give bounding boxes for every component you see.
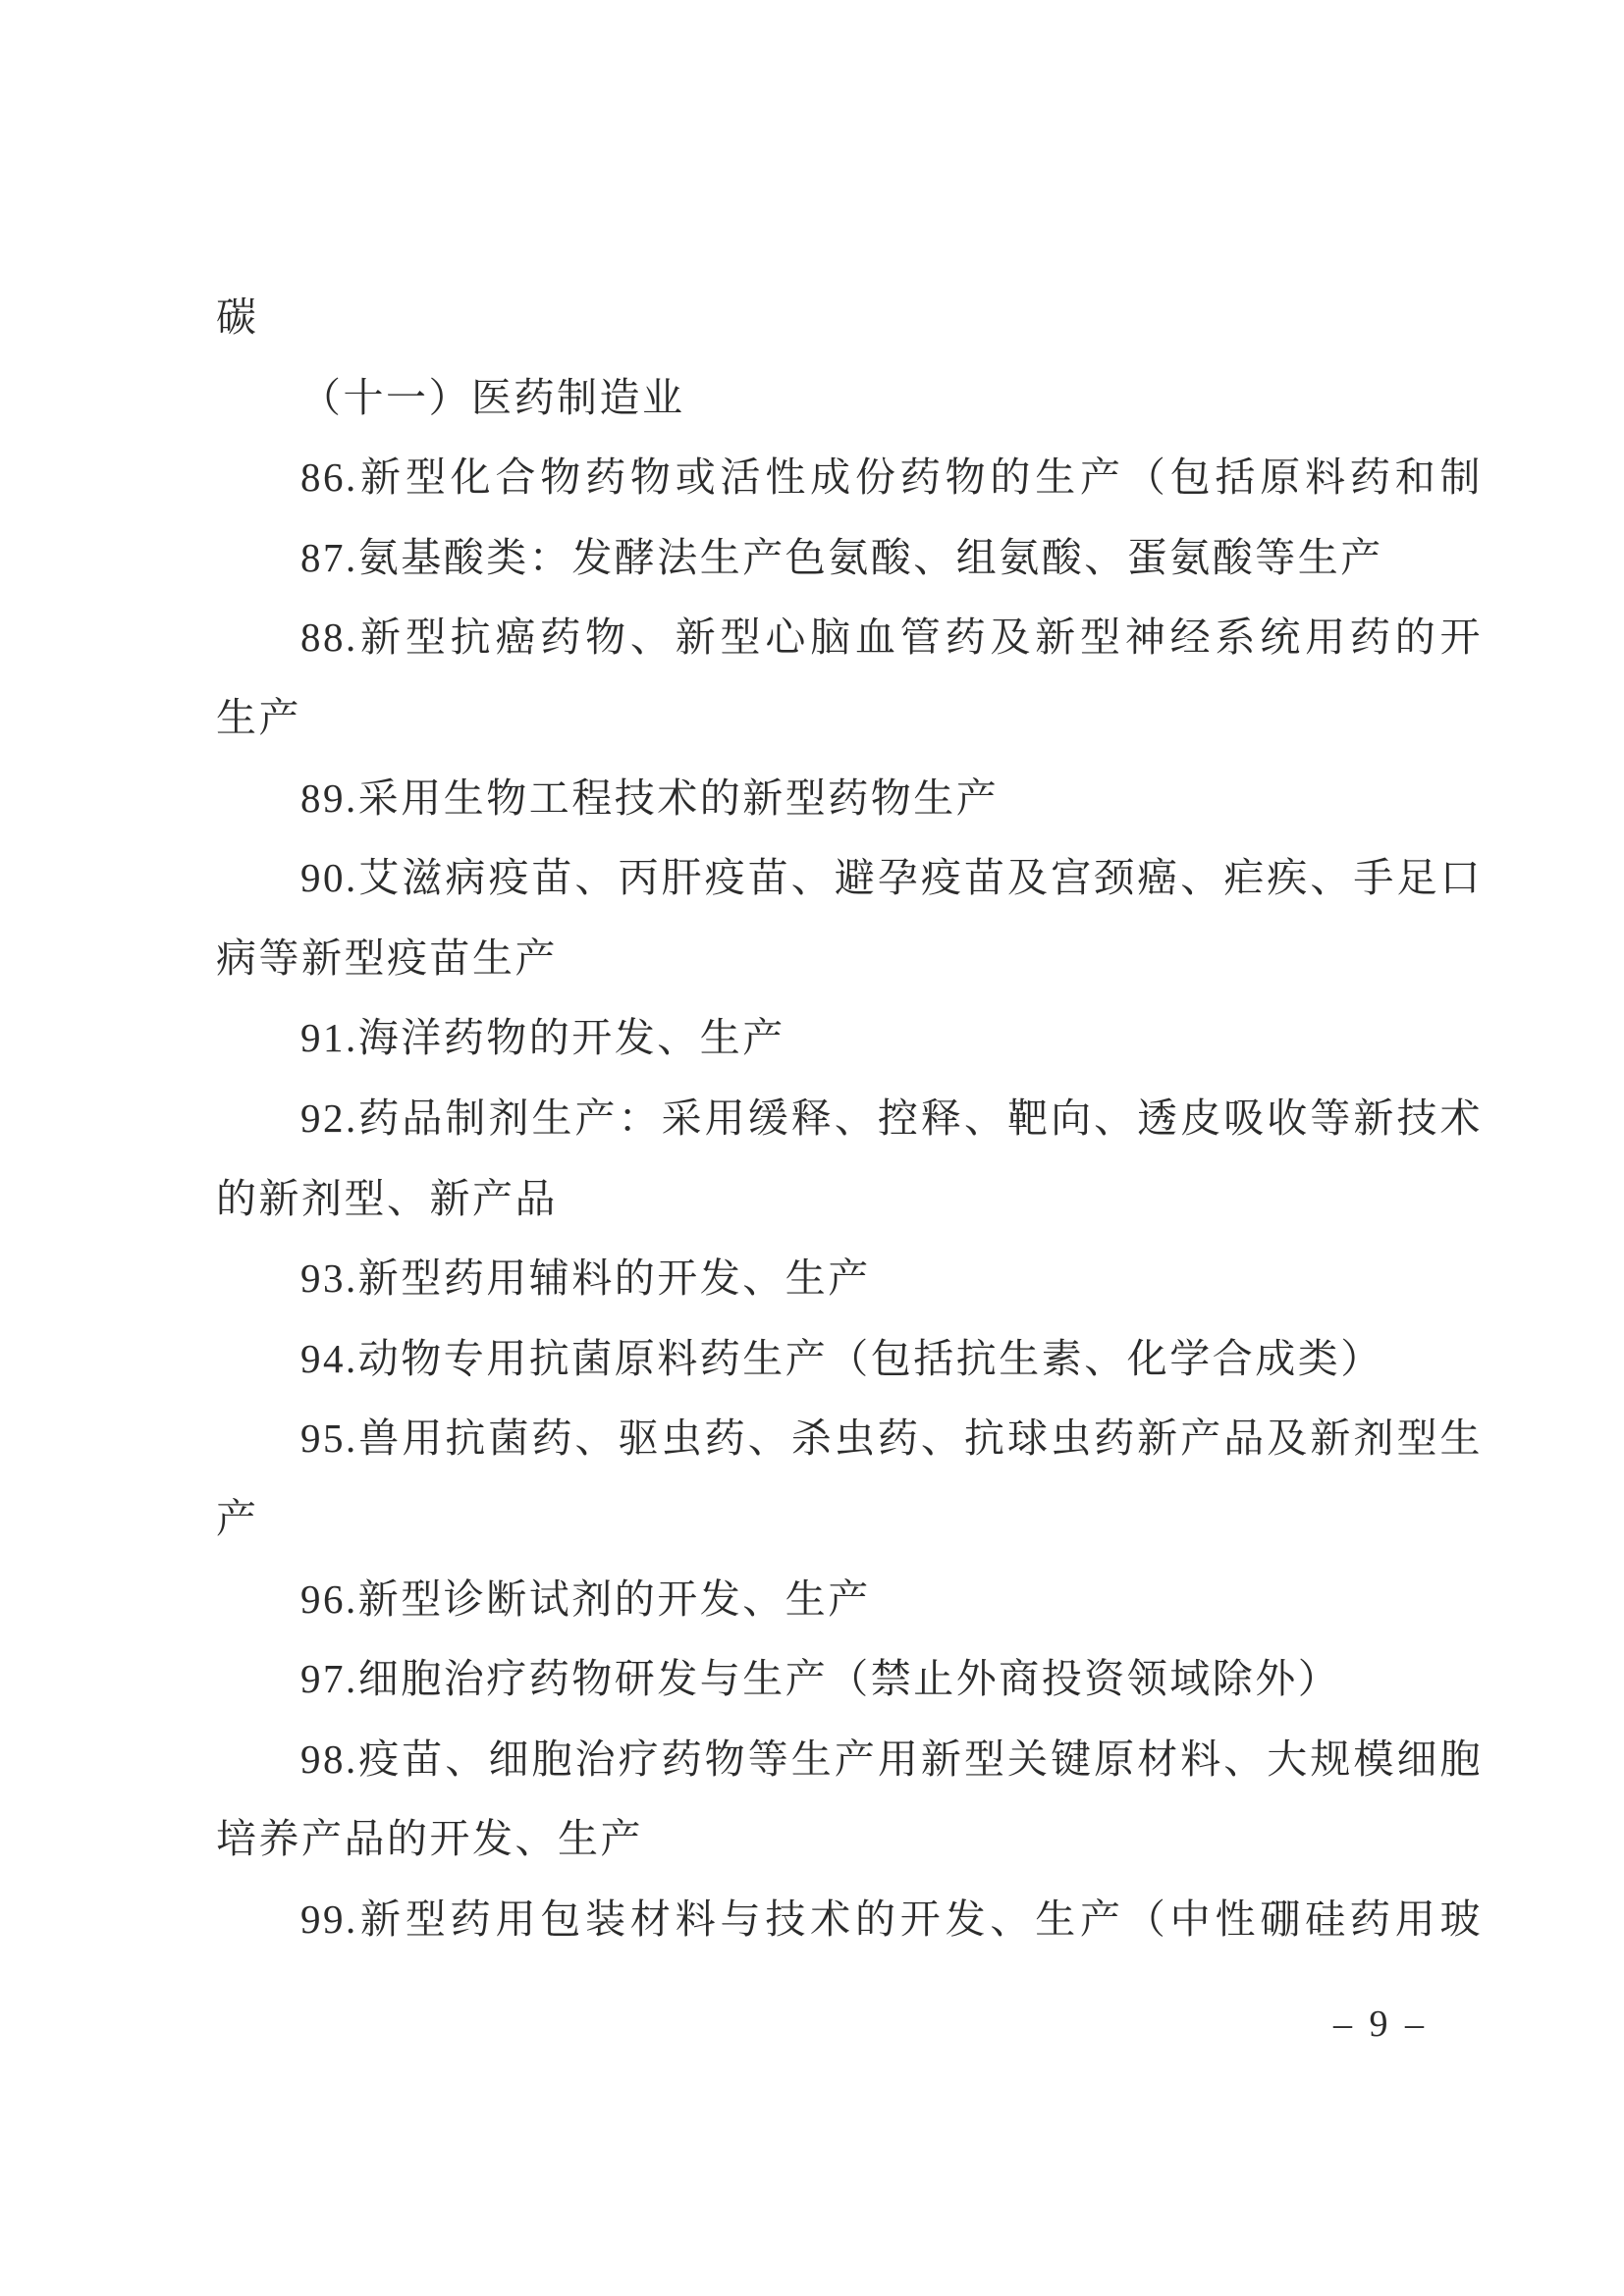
page-number: – 9 –: [1333, 2002, 1428, 2046]
item-90-line2: 病等新型疫苗生产: [216, 919, 1483, 999]
item-86: 86.新型化合物药物或活性成份药物的生产（包括原料药和制剂）: [216, 438, 1483, 518]
item-87: 87.氨基酸类：发酵法生产色氨酸、组氨酸、蛋氨酸等生产: [216, 518, 1483, 599]
item-92-line2: 的新剂型、新产品: [216, 1159, 1483, 1240]
item-98-line2: 培养产品的开发、生产: [216, 1799, 1483, 1880]
item-93: 93.新型药用辅料的开发、生产: [216, 1239, 1483, 1319]
item-96: 96.新型诊断试剂的开发、生产: [216, 1560, 1483, 1640]
item-95-line2: 产: [216, 1479, 1483, 1560]
document-page: 碳 （十一）医药制造业 86.新型化合物药物或活性成份药物的生产（包括原料药和制…: [0, 0, 1624, 2296]
item-92-line1: 92.药品制剂生产：采用缓释、控释、靶向、透皮吸收等新技术: [216, 1079, 1483, 1159]
item-88-line1: 88.新型抗癌药物、新型心脑血管药及新型神经系统用药的开发、: [216, 598, 1483, 678]
item-91: 91.海洋药物的开发、生产: [216, 998, 1483, 1079]
document-body: 碳 （十一）医药制造业 86.新型化合物药物或活性成份药物的生产（包括原料药和制…: [216, 278, 1483, 1959]
item-94: 94.动物专用抗菌原料药生产（包括抗生素、化学合成类）: [216, 1319, 1483, 1400]
item-89: 89.采用生物工程技术的新型药物生产: [216, 759, 1483, 839]
item-90-line1: 90.艾滋病疫苗、丙肝疫苗、避孕疫苗及宫颈癌、疟疾、手足口: [216, 838, 1483, 919]
carryover-text: 碳: [216, 278, 1483, 358]
item-97: 97.细胞治疗药物研发与生产（禁止外商投资领域除外）: [216, 1639, 1483, 1720]
section-heading-pharma: （十一）医药制造业: [216, 358, 1483, 439]
item-99-line1: 99.新型药用包装材料与技术的开发、生产（中性硼硅药用玻璃，: [216, 1880, 1483, 1960]
item-88-line2: 生产: [216, 678, 1483, 759]
item-98-line1: 98.疫苗、细胞治疗药物等生产用新型关键原材料、大规模细胞: [216, 1720, 1483, 1800]
item-95-line1: 95.兽用抗菌药、驱虫药、杀虫药、抗球虫药新产品及新剂型生: [216, 1399, 1483, 1479]
